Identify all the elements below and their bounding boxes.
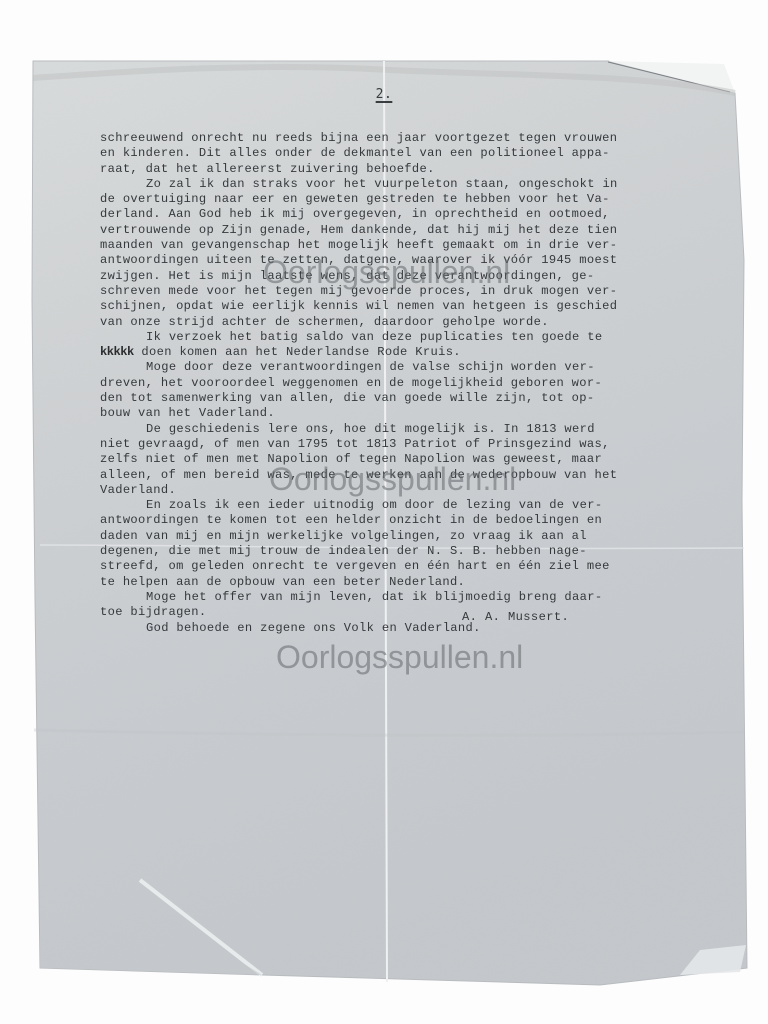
text-line: schijnen, opdat wie eerlijk kennis wil n… [100,299,700,314]
text-line: God behoede en zegene ons Volk en Vaderl… [100,621,700,636]
text-line: niet gevraagd, of men van 1795 tot 1813 … [100,437,700,452]
text-line: schreven mede voor het tegen mij gevoerd… [100,284,700,299]
text-line: toe bijdragen. [100,605,700,620]
text-line: De geschiedenis lere ons, hoe dit mogeli… [100,422,700,437]
text-line: zwijgen. Het is mijn laatste wens, dat d… [100,269,700,284]
text-line: bouw van het Vaderland. [100,406,700,421]
text-line: vertrouwende op Zijn genade, Hem dankend… [100,223,700,238]
text-line: En zoals ik een ieder uitnodig om door d… [100,498,700,513]
text-line: daden van mij en mijn werkelijke volgeli… [100,529,700,544]
text-line: te helpen aan de opbouw van een beter Ne… [100,575,700,590]
text-line: schreeuwend onrecht nu reeds bijna een j… [100,131,700,146]
text-line: Moge door deze verantwoordingen de valse… [100,360,700,375]
text-line: Vaderland. [100,483,700,498]
text-line: degenen, die met mij trouw de indealen d… [100,544,700,559]
text-line: antwoordingen te komen tot een helder on… [100,513,700,528]
text-line: derland. Aan God heb ik mij overgegeven,… [100,207,700,222]
text-line: alleen, of men bereid was, mede te werke… [100,468,700,483]
text-line: en kinderen. Dit alles onder de dekmante… [100,146,700,161]
signature: A. A. Mussert. [462,610,569,624]
letter-body: schreeuwend onrecht nu reeds bijna een j… [100,131,700,636]
text-line: Ik verzoek het batig saldo van deze pupl… [100,330,700,345]
text-line: de overtuiging naar eer en geweten gestr… [100,192,700,207]
text-line: streefd, om geleden onrecht te vergeven … [100,559,700,574]
text-line: dreven, het vooroordeel weggenomen en de… [100,376,700,391]
text-line: den tot samenwerking van allen, die van … [100,391,700,406]
text-line: raat, dat het allereerst zuivering behoe… [100,162,700,177]
text-line: van onze strijd achter de schermen, daar… [100,315,700,330]
struck-out-text: kkkkk [100,345,134,359]
text-line: Moge het offer van mijn leven, dat ik bl… [100,590,700,605]
page-number: 2. [0,87,768,102]
text-line: antwoordingen uiteen te zetten, datgene,… [100,253,700,268]
text-line: Zo zal ik dan straks voor het vuurpeleto… [100,177,700,192]
text-line: maanden van gevangenschap het mogelijk h… [100,238,700,253]
text-line: kkkkk doen komen aan het Nederlandse Rod… [100,345,700,360]
text-line: zelfs niet of men met Napolion of tegen … [100,452,700,467]
